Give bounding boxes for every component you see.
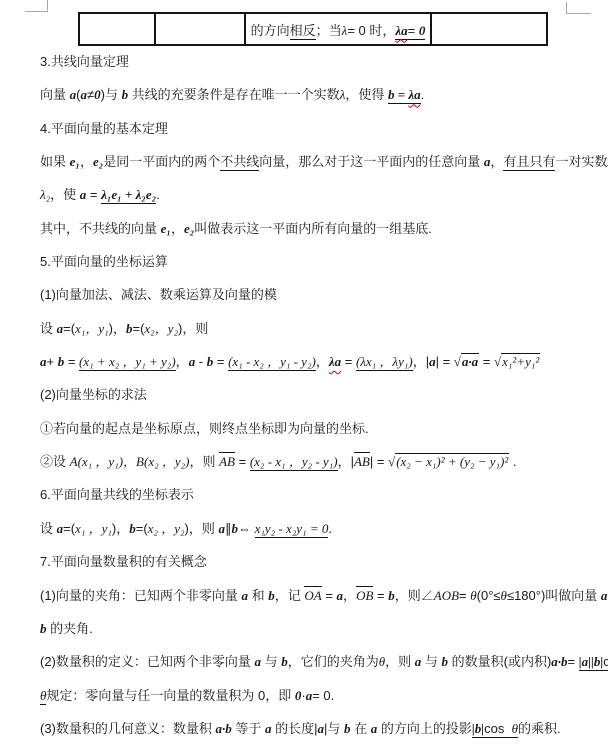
text-segment: 3.共线向量定理 xyxy=(40,54,129,69)
para-angle-definition-line1: (1)向量的夹角：已知两个非零向量 a 和 b，记 OA = a，OB = b，… xyxy=(40,579,590,612)
text-segment: 一对实数 xyxy=(555,154,607,169)
para-ab-vector-formula: ②设 A(x₁ ，y₁)，B(x₂ ，y₂)，则 AB = (x₂ - x₁ ，… xyxy=(40,445,590,478)
text-segment: . xyxy=(328,521,332,536)
text-segment: 等于 xyxy=(232,721,265,736)
text-segment: (1)向量的夹角：已知两个非零向量 xyxy=(40,588,242,603)
document-body: 3.共线向量定理向量 a(a≠0)与 b 共线的充要条件是存在唯一一个实数λ，使… xyxy=(40,45,590,744)
text-segment: (0°≤ xyxy=(477,588,501,603)
text-segment: ，| xyxy=(338,454,354,469)
text-segment: - xyxy=(195,354,207,369)
text-segment: = xyxy=(408,23,419,40)
text-segment: ，| xyxy=(413,354,429,369)
text-segment: λa xyxy=(408,87,420,104)
text-segment: 不共线 xyxy=(220,154,259,171)
text-segment: | = xyxy=(436,354,454,369)
text-segment: 7.平面向量数量积的有关概念 xyxy=(40,554,207,569)
text-segment: λa xyxy=(395,23,407,40)
text-segment: (x₂ - x₁ ，y₂ - y₁) xyxy=(250,454,338,471)
text-segment: ， xyxy=(176,354,189,369)
subheading-add-sub-scalar-modulus: (1)向量加法、减法、数乘运算及向量的模 xyxy=(40,278,590,311)
text-segment: = xyxy=(459,588,470,603)
scalar-multiplication-table-row: 的方向相反；当λ= 0 时，λa= 0 xyxy=(78,12,548,46)
text-segment: =( xyxy=(63,321,75,336)
text-segment: (1)向量加法、减法、数乘运算及向量的模 xyxy=(40,287,277,302)
heading-dot-product-concepts: 7.平面向量数量积的有关概念 xyxy=(40,545,590,578)
text-segment: ≤180°)叫做向量 xyxy=(507,588,601,603)
text-segment: 5.平面向量的坐标运算 xyxy=(40,254,168,269)
para-coordinate-formulas: a+ b = (x₁ + x₂ ，y₁ + y₂)，a - b = (x₁ - … xyxy=(40,345,590,378)
text-segment: = xyxy=(86,187,101,202)
text-segment: 在 xyxy=(351,721,371,736)
text-segment: |与 xyxy=(324,721,344,736)
text-segment: 如果 xyxy=(40,154,70,169)
text-segment: e₁ xyxy=(161,221,171,236)
text-segment: 叫做表示这一平面内所有向量的一组基底. xyxy=(194,221,432,236)
text-segment: ，则∠ xyxy=(395,588,434,603)
text-segment: ，记 xyxy=(275,588,305,603)
text-segment: = 0. xyxy=(312,688,334,703)
text-segment: =( xyxy=(136,521,148,536)
text-segment: (2)数量积的定义：已知两个非零向量 xyxy=(40,654,255,669)
text-segment: ；当 xyxy=(316,23,342,38)
text-segment: 的方向上的投影 xyxy=(377,721,472,736)
text-segment: x₁y₂ - x₂y₁ = 0 xyxy=(255,521,329,538)
heading-collinear-coordinate: 6.平面向量共线的坐标表示 xyxy=(40,478,590,511)
text-segment: = xyxy=(322,588,337,603)
text-segment: 6.平面向量共线的坐标表示 xyxy=(40,487,194,502)
text-segment: (x₁ - x₂ ，y₁ - y₂) xyxy=(228,354,316,371)
text-segment: b = xyxy=(388,87,408,104)
para-fundamental-theorem-line1: 如果 e₁，e₂是同一平面内的两个不共线向量，那么对于这一平面内的任意向量 a，… xyxy=(40,145,590,178)
text-segment: ， xyxy=(80,154,93,169)
text-segment: =( xyxy=(63,521,75,536)
text-segment: )与 xyxy=(101,87,122,102)
text-segment: ，则 xyxy=(385,654,415,669)
text-segment: )，则 xyxy=(185,521,219,536)
text-segment: 向量，那么对于这一平面内的任意向量 xyxy=(259,154,484,169)
text-segment: x₂，y₂ xyxy=(144,321,178,336)
table-cell xyxy=(155,13,245,45)
text-segment: )， xyxy=(109,321,126,336)
text-segment: 和 xyxy=(248,588,268,603)
para-dot-product-geometric: (3)数量积的几何意义：数量积 a·b 等于 a 的长度|a|与 b 在 a 的… xyxy=(40,712,590,744)
para-let-vectors: 设 a=(x₁，y₁)，b=(x₂，y₂)，则 xyxy=(40,312,590,345)
para-collinear-condition: 向量 a(a≠0)与 b 共线的充要条件是存在唯一一个实数λ，使得 b = λa… xyxy=(40,78,590,111)
text-segment: = 0 时， xyxy=(347,23,395,38)
text-segment: λ₂ xyxy=(40,187,50,202)
text-segment: 向量 xyxy=(40,87,70,102)
text-segment: )，则 xyxy=(178,321,208,336)
text-segment: 的乘积. xyxy=(518,721,561,736)
text-segment: ， xyxy=(490,154,503,169)
text-segment: ⇔ xyxy=(238,521,255,536)
subheading-coordinate-finding: (2)向量坐标的求法 xyxy=(40,378,590,411)
text-segment: x₁，y₁ xyxy=(75,321,109,336)
text-segment: (λx₁ ，λy₁) xyxy=(356,354,413,371)
text-segment: 相反 xyxy=(290,23,316,40)
heading-fundamental-theorem: 4.平面向量的基本定理 xyxy=(40,112,590,145)
text-segment: . xyxy=(509,454,516,469)
text-segment: (3)数量积的几何意义：数量积 xyxy=(40,721,216,736)
text-segment: |a||b| xyxy=(579,654,603,671)
para-origin-start: ①若向量的起点是坐标原点，则终点坐标即为向量的坐标. xyxy=(40,412,590,445)
text-segment: ，则 xyxy=(189,454,219,469)
table-cell xyxy=(431,13,547,45)
document-page: 的方向相反；当λ= 0 时，λa= 0 3.共线向量定理向量 a(a≠0)与 b… xyxy=(0,0,608,744)
para-fundamental-theorem-line2: λ₂，使 a = λ₁e₁ + λ₂e₂. xyxy=(40,178,590,211)
text-segment: (x₂ − x₁)² + (y₂ − y₁)² xyxy=(395,453,509,469)
text-segment: 的夹角. xyxy=(47,621,93,636)
para-collinear-coordinate-formula: 设 a=(x₁ ，y₁)，b=(x₂ ，y₂)，则 a∥b⇔ x₁y₂ - x₂… xyxy=(40,512,590,545)
text-segment: A(x₁ ，y₁)，B(x₂ ，y₂) xyxy=(70,454,190,469)
table-row: 的方向相反；当λ= 0 时，λa= 0 xyxy=(79,13,547,45)
page-margin-mark-right xyxy=(566,2,591,14)
text-segment: . xyxy=(421,87,425,102)
text-segment: ②设 xyxy=(40,454,70,469)
text-segment: 4.平面向量的基本定理 xyxy=(40,121,168,136)
text-segment: √ xyxy=(454,354,461,369)
text-segment: OB xyxy=(356,586,373,603)
text-segment: = xyxy=(341,354,356,369)
table-cell-direction-opposite: 的方向相反；当λ= 0 时，λa= 0 xyxy=(245,13,431,45)
text-segment: λa xyxy=(329,354,341,369)
heading-coordinate-operations: 5.平面向量的坐标运算 xyxy=(40,245,590,278)
text-segment: 设 xyxy=(40,321,57,336)
text-segment: e₂ xyxy=(184,221,194,236)
text-segment: . xyxy=(156,187,160,202)
text-segment: = xyxy=(568,654,579,669)
text-segment: a·b xyxy=(216,721,232,736)
text-segment: 的数量积(或内积) xyxy=(448,654,551,669)
text-segment: ， xyxy=(171,221,184,236)
text-segment: AB xyxy=(354,452,370,469)
text-segment: ，使 xyxy=(50,187,80,202)
para-basis-definition: 其中，不共线的向量 e₁，e₂叫做表示这一平面内所有向量的一组基底. xyxy=(40,212,590,245)
text-segment: ， xyxy=(343,588,356,603)
page-margin-mark-left xyxy=(25,0,48,12)
text-segment: 与 xyxy=(421,654,441,669)
text-segment: a·a xyxy=(461,353,479,369)
text-segment: 有且只有 xyxy=(503,154,555,171)
text-segment: 其中，不共线的向量 xyxy=(40,221,161,236)
text-segment: OA xyxy=(304,586,321,603)
text-segment: (2)向量坐标的求法 xyxy=(40,387,147,402)
text-segment: = xyxy=(213,354,228,369)
text-segment: 规定：零向量与任一向量的数量积为 0，即 xyxy=(46,688,294,703)
text-segment: AOB xyxy=(434,588,459,603)
text-segment: + xyxy=(47,354,58,369)
text-segment: cos xyxy=(484,721,511,738)
text-segment: ， xyxy=(316,354,329,369)
text-segment: = xyxy=(64,354,79,369)
text-segment: = xyxy=(235,454,250,469)
text-segment: 是同一平面内的两个 xyxy=(103,154,220,169)
text-segment: x₂ ，y₂ xyxy=(148,521,185,536)
text-segment: λ₁e₁ + λ₂e₂ xyxy=(101,187,156,204)
text-segment: ①若向量的起点是坐标原点，则终点坐标即为向量的坐标. xyxy=(40,421,369,436)
text-segment: = xyxy=(479,354,494,369)
para-dot-product-definition-line2: θ规定：零向量与任一向量的数量积为 0，即 0·a= 0. xyxy=(40,679,590,712)
text-segment: (x₁ + x₂ ，y₁ + y₂) xyxy=(79,354,176,371)
text-segment: = xyxy=(373,588,388,603)
text-segment: 0 xyxy=(419,23,426,40)
text-segment: 与 xyxy=(261,654,281,669)
text-segment: e₂ xyxy=(93,154,103,169)
text-segment: )， xyxy=(112,521,129,536)
para-angle-definition-line2: b 的夹角. xyxy=(40,612,590,645)
text-segment: a·b xyxy=(551,654,567,669)
text-segment: 的方向 xyxy=(251,23,290,38)
text-segment: | = xyxy=(370,454,388,469)
text-segment: =( xyxy=(132,321,144,336)
heading-collinear-vector-theorem: 3.共线向量定理 xyxy=(40,45,590,78)
text-segment: AB xyxy=(219,452,235,469)
text-segment: |b| xyxy=(472,721,484,738)
text-segment: ，使得 xyxy=(345,87,388,102)
text-segment: 设 xyxy=(40,521,57,536)
para-dot-product-definition-line1: (2)数量积的定义：已知两个非零向量 a 与 b，它们的夹角为θ，则 a 与 b… xyxy=(40,645,590,678)
text-segment: x₁²+y₁² xyxy=(501,353,540,369)
text-segment: 共线的充要条件是存在唯一一个实数 xyxy=(128,87,340,102)
text-segment: cos xyxy=(603,654,608,671)
table-cell xyxy=(79,13,155,45)
text-segment: 的长度| xyxy=(272,721,318,736)
text-segment: e₁ xyxy=(70,154,80,169)
text-segment: ，它们的夹角为 xyxy=(288,654,379,669)
text-segment: x₁ ，y₁ xyxy=(75,521,112,536)
